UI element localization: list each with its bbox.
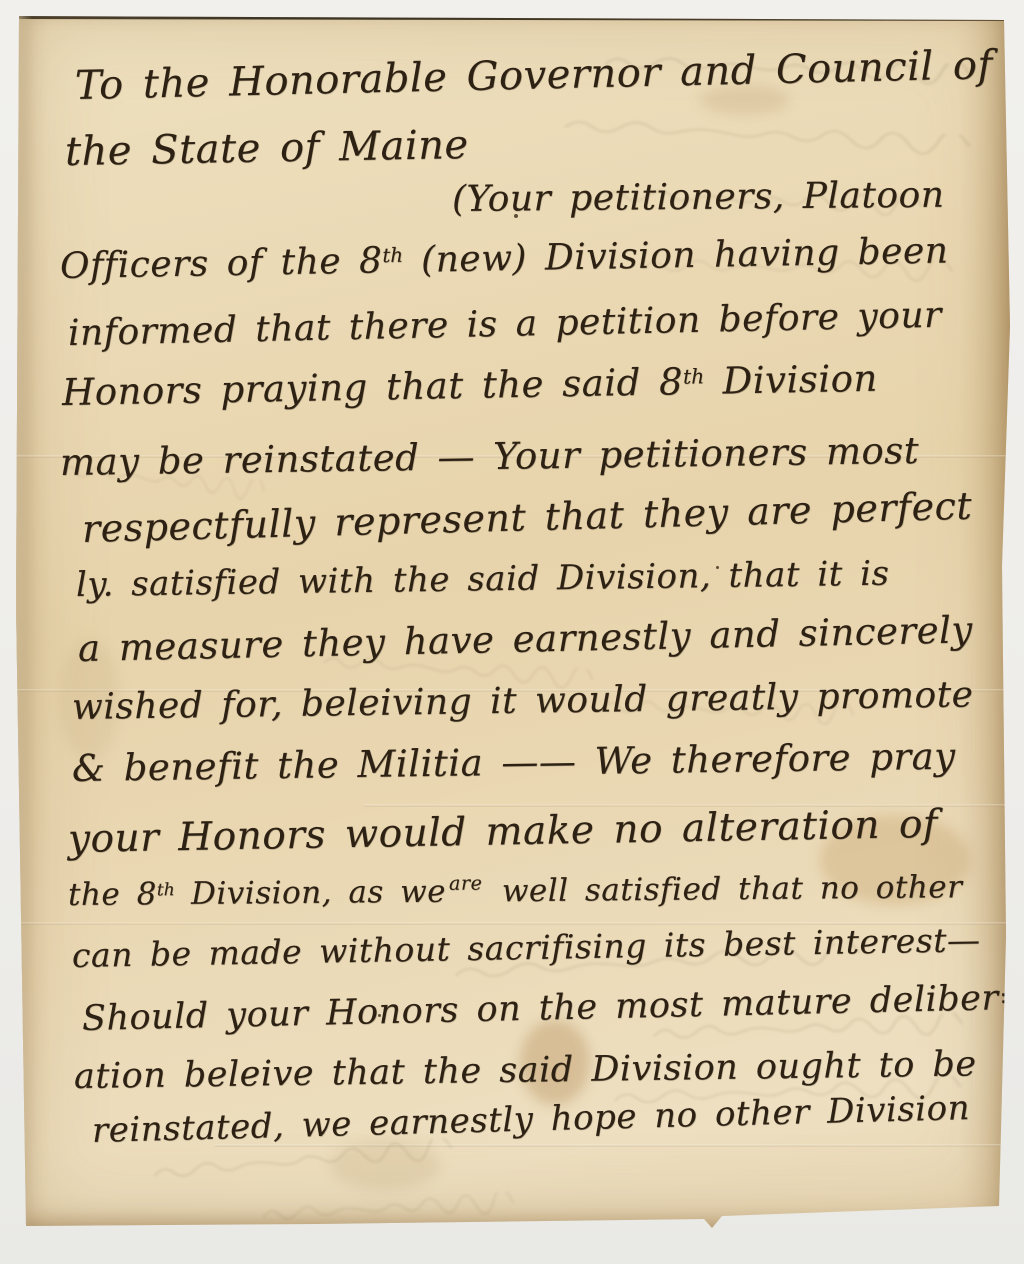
line-segment: Division, as we	[175, 874, 447, 912]
paper-top-edge	[18, 13, 1005, 21]
manuscript-line: the State of Maine	[65, 123, 469, 175]
interlinear-insertion: are	[449, 872, 483, 894]
manuscript-line: may be reinstated — Your petitioners mos…	[60, 430, 920, 483]
manuscript-line: ly. satisfied with the said Division, th…	[76, 555, 890, 604]
manuscript-line: To the Honorable Governor and Council of	[74, 43, 993, 109]
line-segment: Honors praying that the said 8	[62, 360, 684, 414]
document-scan: To the Honorable Governor and Council of…	[0, 0, 1024, 1264]
manuscript-line: a measure they have earnestly and sincer…	[78, 609, 974, 669]
manuscript-line: your Honors would make no alteration of	[68, 803, 939, 862]
manuscript-page: To the Honorable Governor and Council of…	[16, 6, 1010, 1228]
bleedthrough-mark	[560, 114, 981, 158]
manuscript-line: reinstated, we earnestly hope no other D…	[92, 1089, 971, 1150]
manuscript-line: can be made without sacrifising its best…	[72, 922, 981, 975]
line-segment: well satisfied that no other	[485, 869, 962, 909]
superscript-ordinal: th	[382, 244, 403, 267]
paper-left-edge	[16, 6, 32, 1228]
line-segment: Division	[704, 357, 878, 403]
bleedthrough-mark	[260, 1191, 521, 1227]
manuscript-line: (Your petitioners, Platoon	[452, 176, 945, 221]
superscript-ordinal: th	[683, 364, 705, 388]
paper-top-highlight	[16, 6, 1010, 15]
superscript-ordinal: th	[157, 880, 175, 900]
line-segment: the 8	[68, 876, 157, 913]
manuscript-line: Honors praying that the said 8th Divisio…	[62, 358, 878, 414]
manuscript-line: informed that there is a petition before…	[68, 296, 943, 355]
manuscript-line: & benefit the Militia —— We therefore pr…	[72, 736, 956, 790]
manuscript-line: the 8th Division, as weare well satisfie…	[68, 870, 963, 913]
line-segment: Officers of the 8	[60, 240, 383, 287]
